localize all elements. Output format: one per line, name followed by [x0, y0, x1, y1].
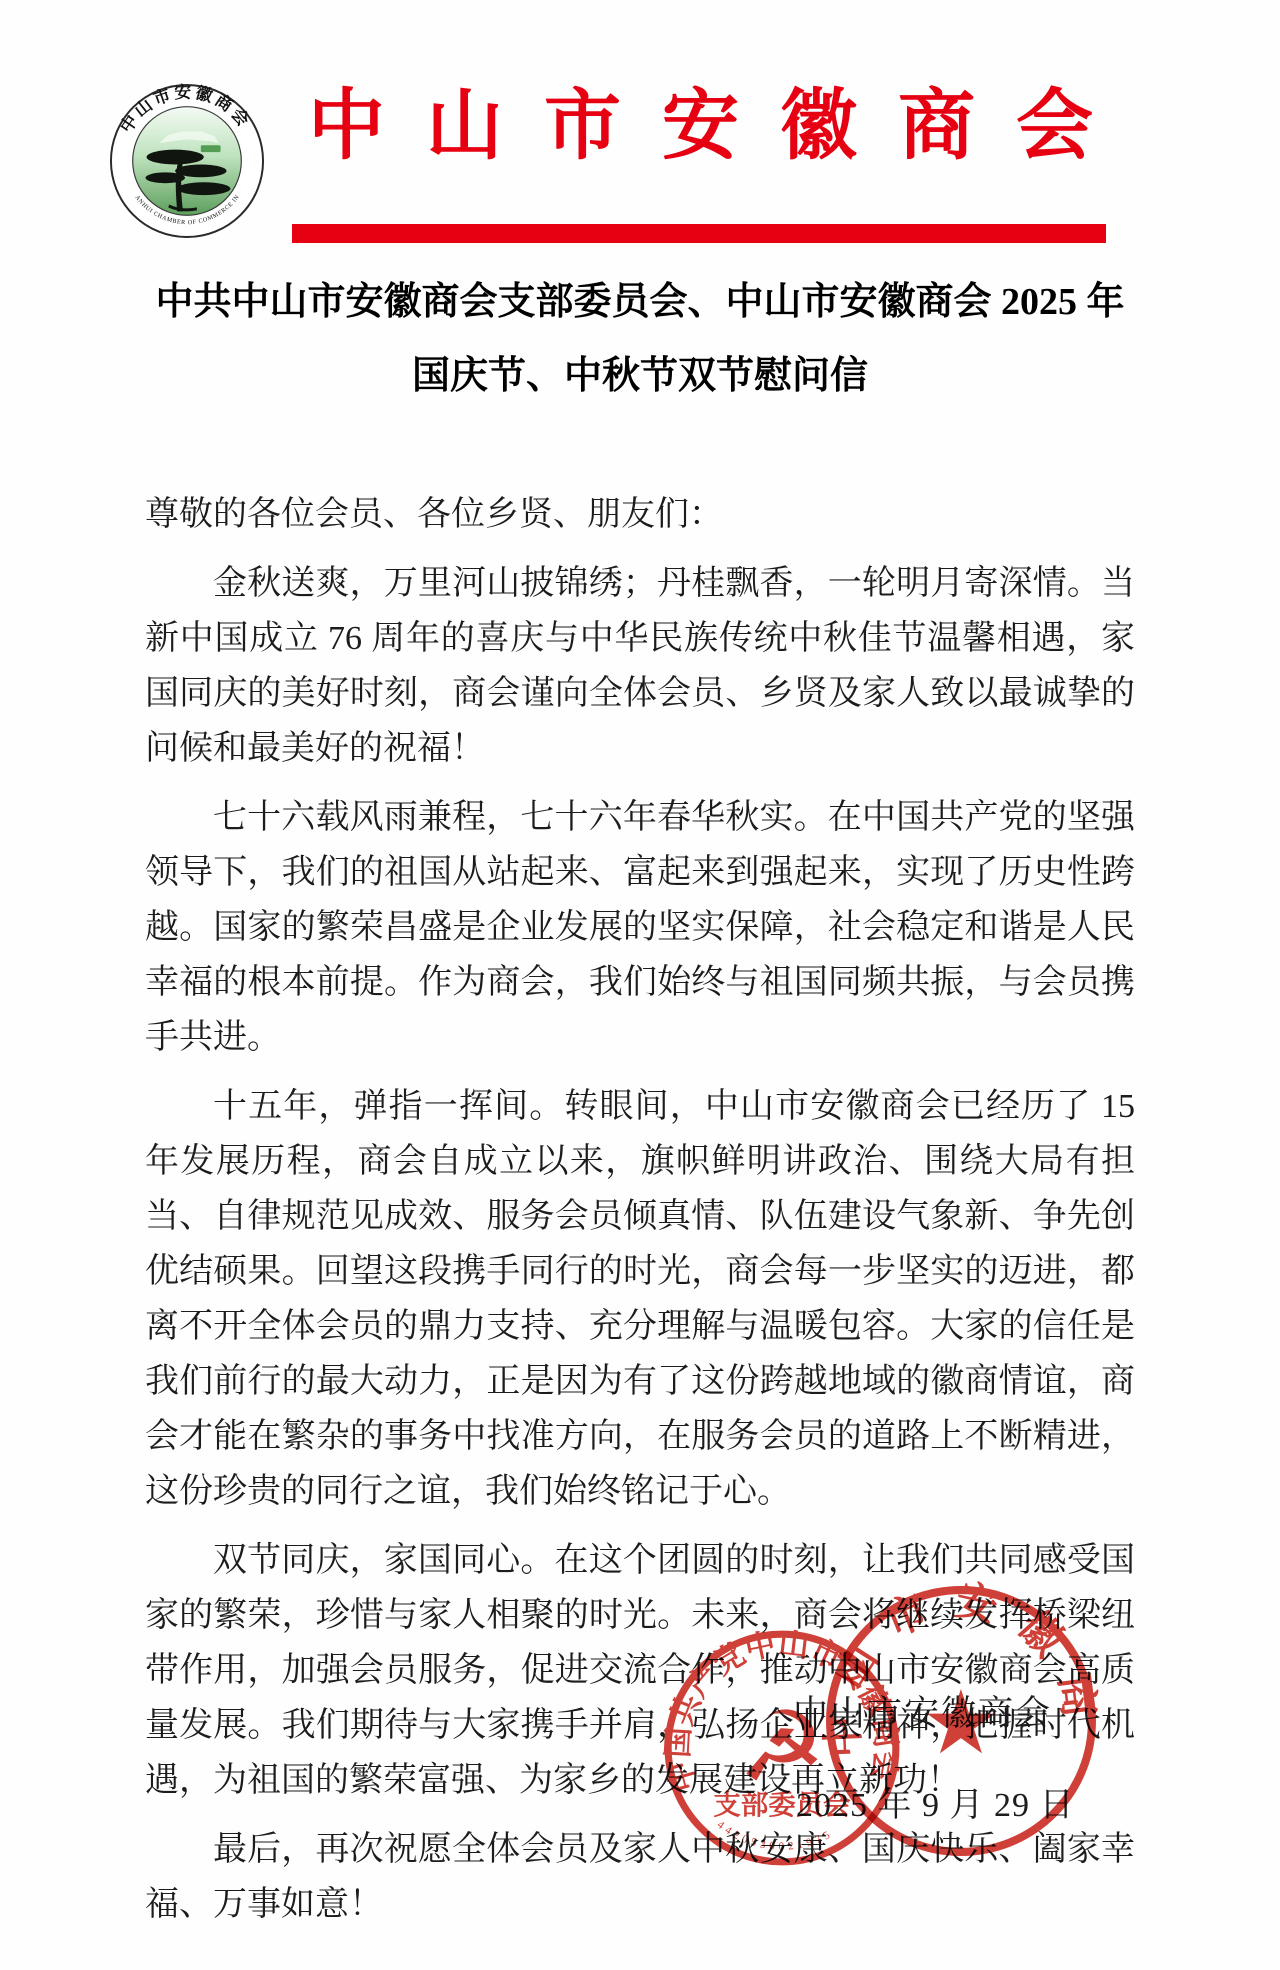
paragraph-2: 七十六载风雨兼程，七十六年春华秋实。在中国共产党的坚强领导下，我们的祖国从站起来…	[145, 790, 1135, 1065]
logo-tag-icon	[201, 145, 221, 152]
star-icon: ★	[921, 1675, 1000, 1773]
paragraph-3: 十五年，弹指一挥间。转眼间，中山市安徽商会已经历了 15 年发展历程，商会自成立…	[145, 1079, 1135, 1519]
org-title: 中山市安徽商会	[308, 88, 1134, 165]
letterhead: 中山市安徽商会 ANHUI CHAMBER OF COMMERCE IN ZHO…	[0, 0, 1280, 245]
document-title-line2: 国庆节、中秋节双节慰问信	[0, 339, 1280, 413]
salutation: 尊敬的各位会员、各位乡贤、朋友们：	[145, 487, 1135, 542]
chamber-stamp: 中山市安徽商会 ★	[820, 1580, 1102, 1862]
paragraph-1: 金秋送爽，万里河山披锦绣；丹桂飘香，一轮明月寄深情。当新中国成立 76 周年的喜…	[145, 556, 1135, 776]
header-rule	[292, 224, 1106, 243]
document-title: 中共中山市安徽商会支部委员会、中山市安徽商会 2025 年 国庆节、中秋节双节慰…	[0, 245, 1280, 413]
hammer-sickle-icon: ☭	[738, 1695, 826, 1803]
document-title-line1: 中共中山市安徽商会支部委员会、中山市安徽商会 2025 年	[0, 265, 1280, 339]
chamber-logo: 中山市安徽商会 ANHUI CHAMBER OF COMMERCE IN ZHO…	[108, 82, 266, 240]
letter-page: 中山市安徽商会 ANHUI CHAMBER OF COMMERCE IN ZHO…	[0, 0, 1280, 1970]
